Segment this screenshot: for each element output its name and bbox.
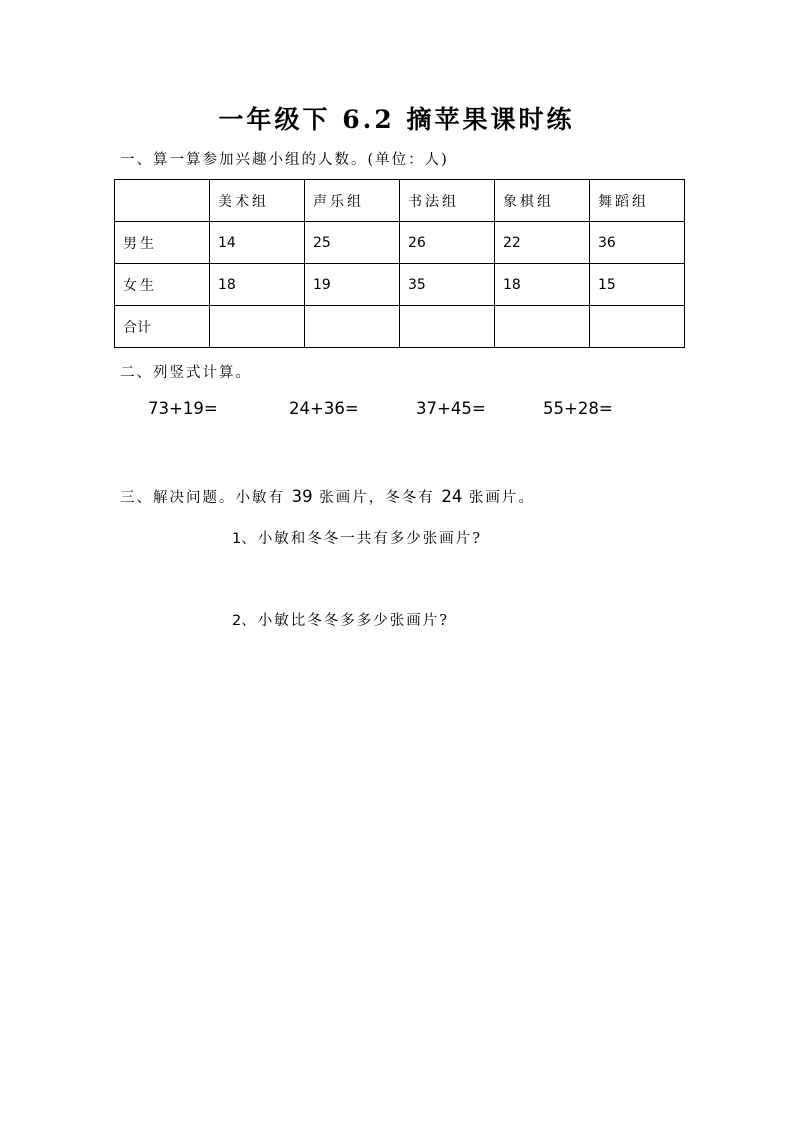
table-row-total: 合计 (115, 306, 685, 348)
answer-cell[interactable] (495, 306, 590, 348)
answer-cell[interactable] (305, 306, 400, 348)
answer-cell[interactable] (400, 306, 495, 348)
table-cell: 35 (400, 264, 495, 306)
table-cell: 26 (400, 222, 495, 264)
answer-cell[interactable] (210, 306, 305, 348)
section-3-heading: 三、解决问题。小敏有 39 张画片，冬冬有 24 张画片。 (120, 486, 535, 507)
table-cell: 18 (210, 264, 305, 306)
expression-1: 73+19= (148, 399, 218, 418)
table-cell: 19 (305, 264, 400, 306)
expression-2: 24+36= (289, 399, 359, 418)
row-label: 女生 (115, 264, 210, 306)
section-3-heading-suffix: 张画片。 (462, 490, 535, 506)
header-art-group: 美术组 (210, 180, 305, 222)
interest-group-table: 美术组 声乐组 书法组 象棋组 舞蹈组 男生 14 25 26 22 36 女生… (114, 179, 685, 348)
question-number: 2 (232, 613, 241, 629)
expression-4: 55+28= (543, 399, 613, 418)
page-title: 一年级下 6.2 摘苹果课时练 (0, 100, 793, 136)
section-3-heading-mid: 张画片，冬冬有 (313, 490, 442, 506)
expression-3: 37+45= (416, 399, 486, 418)
table-cell: 15 (590, 264, 685, 306)
question-1: 1、小敏和冬冬一共有多少张画片? (232, 527, 482, 548)
row-label: 合计 (115, 306, 210, 348)
table-cell: 22 (495, 222, 590, 264)
table-cell: 18 (495, 264, 590, 306)
header-vocal-group: 声乐组 (305, 180, 400, 222)
table-cell: 14 (210, 222, 305, 264)
question-2: 2、小敏比冬冬多多少张画片? (232, 609, 449, 630)
section-1-heading: 一、算一算参加兴趣小组的人数。(单位：人) (120, 148, 449, 169)
table-header-row: 美术组 声乐组 书法组 象棋组 舞蹈组 (115, 180, 685, 222)
header-calligraphy-group: 书法组 (400, 180, 495, 222)
dongdong-count: 24 (441, 487, 462, 506)
minmin-count: 39 (292, 487, 313, 506)
header-chess-group: 象棋组 (495, 180, 590, 222)
table-corner-cell (115, 180, 210, 222)
row-label: 男生 (115, 222, 210, 264)
question-number: 1 (232, 531, 241, 547)
section-2-heading: 二、列竖式计算。 (120, 361, 252, 382)
question-text: 、小敏比冬冬多多少张画片? (241, 613, 449, 629)
question-text: 、小敏和冬冬一共有多少张画片? (241, 531, 482, 547)
table-row-boys: 男生 14 25 26 22 36 (115, 222, 685, 264)
table-cell: 25 (305, 222, 400, 264)
table-row-girls: 女生 18 19 35 18 15 (115, 264, 685, 306)
table-cell: 36 (590, 222, 685, 264)
answer-cell[interactable] (590, 306, 685, 348)
section-3-heading-prefix: 三、解决问题。小敏有 (120, 490, 292, 506)
header-dance-group: 舞蹈组 (590, 180, 685, 222)
